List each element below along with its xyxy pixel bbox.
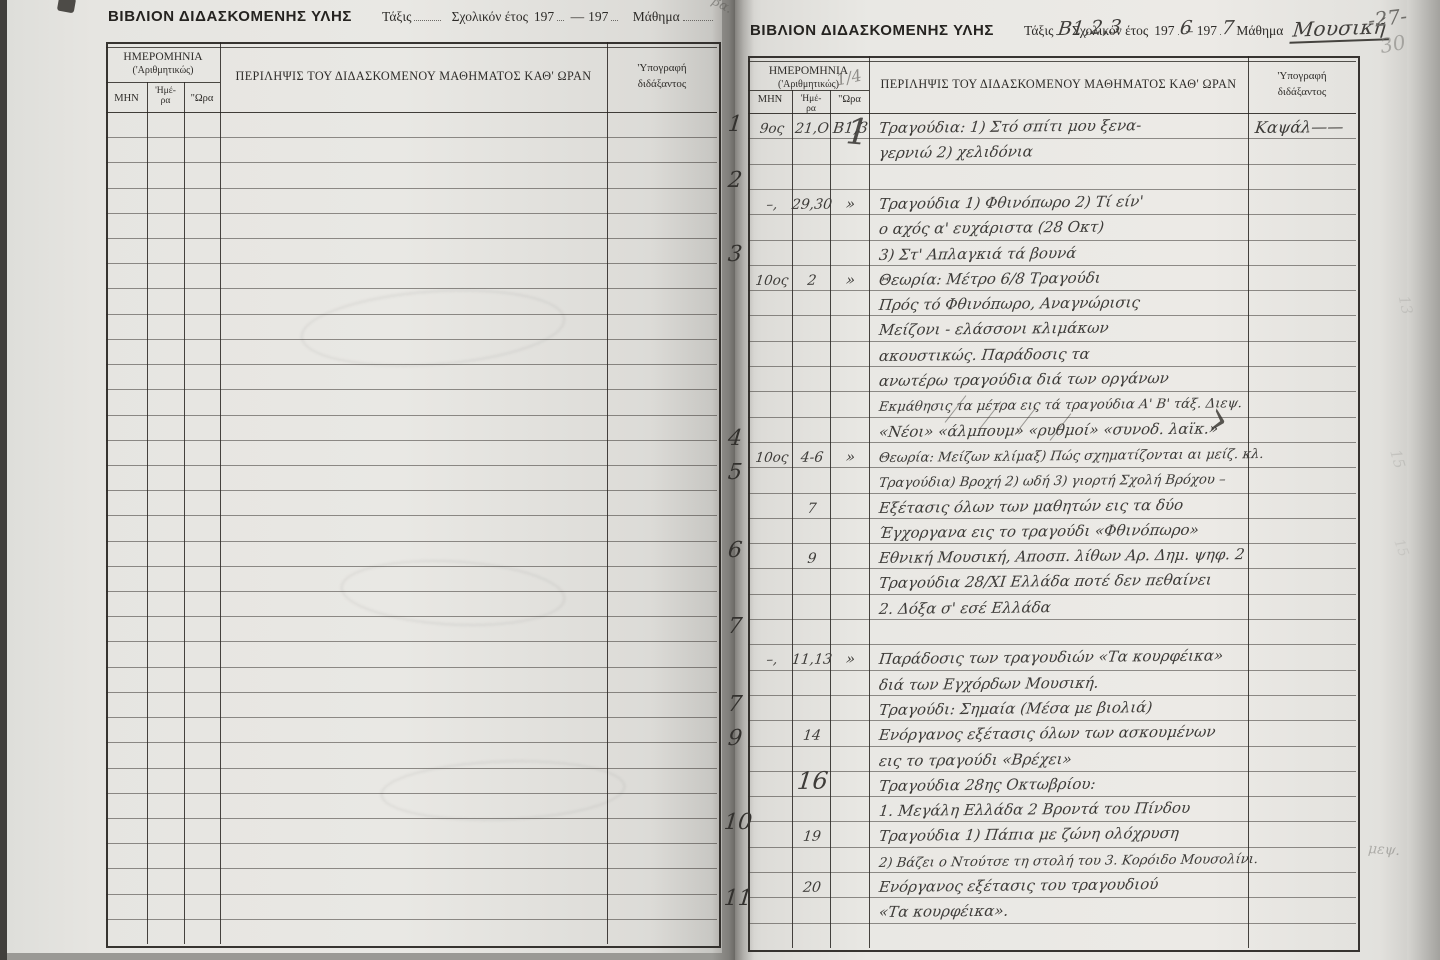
entry-line: Τραγούδι: Σημαία (Μέσα με βιολιά) (878, 693, 1154, 719)
page-number: -27- (1367, 4, 1409, 33)
row-rule (106, 112, 717, 113)
column-line (830, 90, 831, 948)
entry-day: 7 (793, 493, 832, 517)
entry-hour: » (831, 190, 871, 214)
entry-line: ακουστικώς. Παράδοσις τα (878, 340, 1091, 365)
entry-line: «Νέοι» «άλμπουμ» «ρυθμοί» «συνοδ. λαϊκ.» (878, 414, 1220, 441)
day-column-header: 'Ημέ- (792, 94, 830, 104)
column-line (607, 42, 608, 944)
row-rule (106, 793, 717, 794)
entry-number: 4 (723, 426, 748, 451)
entry-number: 6 (723, 538, 748, 563)
row-rule (748, 164, 1356, 165)
summary-column-header: ΠΕΡΙΛΗΨΙΣ ΤΟΥ ΔΙΔΑΣΚΟΜΕΝΟΥ ΜΑΘΗΜΑΤΟΣ ΚΑΘ… (220, 69, 607, 84)
row-rule (106, 566, 717, 567)
right-form-header: ΒΙΒΛΙΟΝ ΔΙΔΑΣΚΟΜΕΝΗΣ ΥΛΗΣ Τάξις Β1,2,3 Σ… (750, 16, 1390, 42)
row-rule (106, 47, 717, 48)
year1-handwritten: 6 (1178, 17, 1193, 39)
row-rule (106, 616, 717, 617)
entry-line: γερνιώ 2) χελιδόνια (878, 138, 1035, 163)
day-column-header: 'Ημέ- (147, 86, 184, 96)
row-rule (106, 364, 717, 365)
entry-day: 2 (793, 265, 832, 289)
row-rule (106, 641, 717, 642)
year-blank (557, 8, 563, 21)
row-rule (106, 591, 717, 592)
entry-line: Τραγούδια: 1) Στό σπίτι μου ξενα- (878, 111, 1143, 137)
entry-line: Εθνική Μουσική, Αποσπ. λίθων Αρ. Δημ. ψη… (878, 540, 1246, 567)
ledger-scan: ΒΙΒΛΙΟΝ ΔΙΔΑΣΚΟΜΕΝΗΣ ΥΛΗΣ Τάξις Σχολικόν… (0, 0, 1440, 960)
year-prefix: 197 (1197, 23, 1217, 39)
row-rule (106, 389, 717, 390)
subject-label: Μάθημα (633, 9, 680, 25)
row-rule (106, 768, 717, 769)
entry-line: ο αχός α' ευχάριστα (28 Οκτ) (878, 213, 1106, 239)
row-rule (106, 415, 717, 416)
year2-handwritten: 7 (1221, 17, 1236, 39)
entry-month: 10ος (750, 265, 795, 289)
entry-month: –, (750, 645, 795, 669)
row-rule (106, 440, 717, 441)
row-rule (106, 894, 717, 895)
entry-line: Τραγούδια 28/ΧΙ Ελλάδα ποτέ δεν πεθαίνει (878, 566, 1213, 593)
year-prefix: 197 (1154, 23, 1174, 39)
summary-column-header: ΠΕΡΙΛΗΨΙΣ ΤΟΥ ΔΙΔΑΣΚΟΜΕΝΟΥ ΜΑΘΗΜΑΤΟΣ ΚΑΘ… (869, 77, 1248, 92)
class-label: Τάξις (382, 9, 411, 25)
date-group-subheader: ('Αριθμητικώς) (748, 79, 869, 90)
entry-number: 1 (723, 112, 748, 137)
row-rule (748, 90, 869, 91)
entry-number: 11 (723, 886, 748, 911)
entry-line: Τραγούδια 28ης Οκτωβρίου: (878, 770, 1097, 796)
entry-line: Μείζονι - ελάσσονι κλιμάκων (878, 314, 1110, 340)
date-group-subheader: ('Αριθμητικώς) (106, 65, 220, 76)
entry-number: 2 (723, 168, 748, 193)
row-rule (106, 213, 717, 214)
class-label: Τάξις (1024, 23, 1053, 39)
row-rule (106, 137, 717, 138)
signature-column-header: διδάξαντος (1248, 86, 1356, 98)
scan-edge-right (1407, 0, 1440, 960)
column-line (792, 90, 793, 948)
entry-line: Πρός τό Φθινόπωρο, Αναγνώρισις (878, 288, 1142, 314)
row-rule (106, 238, 717, 239)
row-rule (106, 490, 717, 491)
row-rule (106, 288, 717, 289)
hour-column-header: "Ωρα (184, 93, 220, 104)
entry-month: 10ος (750, 442, 795, 466)
row-rule (106, 82, 220, 83)
class-value-handwritten: Β1,2,3 (1057, 16, 1123, 40)
year-prefix: 197 (588, 9, 608, 25)
entry-hour: Β1,3 (831, 114, 871, 138)
entry-line: ανωτέρω τραγούδια διά των οργάνων (878, 364, 1170, 390)
entry-line: Εκμάθησις τα μέτρα εις τά τραγούδια Α' Β… (878, 389, 1244, 416)
entry-hour: » (831, 443, 871, 467)
entry-line: εις το τραγούδι «Βρέχει» (878, 745, 1073, 770)
date-group-header: ΗΜΕΡΟΜΗΝΙΑ (106, 51, 220, 63)
day-column-header: ρα (792, 104, 830, 114)
page-number-alt: 30 (1378, 30, 1407, 58)
class-blank (414, 8, 440, 21)
row-rule (106, 339, 717, 340)
entry-day: 29,30 (793, 190, 832, 214)
month-column-header: ΜΗΝ (748, 94, 792, 105)
entry-line: Τραγούδια 1) Πάπια με ζώνη ολόχρυση (878, 819, 1181, 845)
entry-line: διά των Εγχόρδων Μουσική. (878, 668, 1100, 694)
entry-day: 4-6 (793, 443, 832, 467)
row-rule (748, 897, 1356, 898)
entry-line: Τραγούδια 1) Φθινόπωρο 2) Τί είν' (878, 187, 1145, 213)
column-line (184, 82, 185, 944)
row-rule (748, 923, 1356, 924)
year-blank (611, 8, 617, 21)
row-rule (106, 263, 717, 264)
entry-line: Θεωρία: Μείζων κλίμαξ) Πώς σχηματίζονται… (878, 439, 1265, 466)
entry-signature: Καψάλ—— (1254, 113, 1345, 137)
entry-number: 3 (723, 242, 748, 267)
row-rule (106, 162, 717, 163)
table-border (106, 42, 721, 948)
row-rule (106, 868, 717, 869)
row-rule (106, 188, 717, 189)
entry-line: Θεωρία: Μέτρο 6/8 Τραγούδι (878, 263, 1102, 289)
entry-line: Εξέτασις όλων των μαθητών εις τα δύο (878, 490, 1185, 516)
row-rule (748, 61, 1356, 62)
entry-line: Έγχοργανα εις το τραγούδι «Φθινόπωρο» (878, 516, 1200, 543)
entry-line: 2. Δόξα σ' εσέ Ελλάδα (878, 593, 1052, 618)
row-rule (106, 692, 717, 693)
row-rule (748, 138, 1356, 139)
year-dash: — (571, 9, 585, 25)
entry-day: 19 (793, 822, 832, 846)
month-column-header: ΜΗΝ (106, 93, 147, 104)
year-blank: 6 (1178, 22, 1179, 35)
row-rule (106, 919, 717, 920)
form-title: ΒΙΒΛΙΟΝ ΔΙΔΑΣΚΟΜΕΝΗΣ ΥΛΗΣ (108, 8, 352, 25)
entry-number: 5 (723, 460, 748, 485)
row-rule (748, 619, 1356, 620)
row-rule (106, 541, 717, 542)
left-form-header: ΒΙΒΛΙΟΝ ΔΙΔΑΣΚΟΜΕΝΗΣ ΥΛΗΣ Τάξις Σχολικόν… (108, 8, 716, 25)
entry-line: 1. Μεγάλη Ελλάδα 2 Βροντά του Πίνδου (878, 794, 1192, 821)
year-label: Σχολικόν έτος (452, 9, 528, 25)
entry-hour: » (831, 265, 871, 289)
row-rule (106, 717, 717, 718)
pencil-mark: 13 (1395, 294, 1417, 316)
entry-day: 16 (793, 771, 832, 795)
entry-number: 7 (723, 692, 748, 717)
entry-number: 9 (723, 726, 748, 751)
entry-month: –, (750, 189, 795, 213)
entry-line: Τραγούδια) Βροχή 2) ωδή 3) γιορτή Σχολή … (878, 465, 1227, 492)
entry-month: 9ος (750, 114, 795, 138)
row-rule (106, 314, 717, 315)
entry-line: 2) Βάζει ο Ντούτσε τη στολή του 3. Κορόι… (878, 844, 1260, 871)
entry-day: 14 (793, 721, 832, 745)
row-rule (106, 843, 717, 844)
row-rule (106, 465, 717, 466)
scan-edge-left (0, 0, 7, 960)
column-line (220, 42, 221, 944)
row-rule (106, 515, 717, 516)
year-blank: 7 (1220, 22, 1221, 35)
class-blank: Β1,2,3 (1056, 22, 1063, 35)
row-rule (106, 818, 717, 819)
year-prefix: 197 (534, 9, 554, 25)
entry-hour: » (831, 645, 871, 669)
entry-line: 3) Στ' Απλαγκιά τά βουνά (878, 238, 1078, 263)
pencil-mark: μεψ. (1367, 841, 1400, 859)
entry-line: Ενόργανος εξέτασις όλων των ασκουμένων (878, 718, 1217, 745)
entry-day: 21,Ο (793, 114, 832, 138)
entry-day: 20 (793, 873, 832, 897)
subject-blank (683, 8, 713, 21)
entry-day: 11,13 (793, 645, 832, 669)
entry-number: 7 (723, 614, 748, 639)
entry-day: 9 (793, 544, 832, 568)
entry-number: 10 (723, 810, 748, 835)
day-column-header: ρα (147, 96, 184, 106)
entry-line: «Τα κουρφέικα». (878, 897, 1010, 922)
entry-line: Παράδοσις των τραγουδιών «Τα κουρφέικα» (878, 642, 1225, 669)
signature-column-header: 'Υπογραφή (1248, 70, 1356, 82)
entry-line: Ενόργανος εξέτασις του τραγουδιού (878, 870, 1160, 896)
column-line (147, 82, 148, 944)
subject-label: Μάθημα (1236, 23, 1283, 39)
date-group-header: ΗΜΕΡΟΜΗΝΙΑ (748, 65, 869, 77)
form-title: ΒΙΒΛΙΟΝ ΔΙΔΑΣΚΟΜΕΝΗΣ ΥΛΗΣ (750, 22, 994, 39)
row-rule (106, 742, 717, 743)
signature-column-header: διδάξαντος (607, 78, 717, 90)
row-rule (106, 667, 717, 668)
signature-column-header: 'Υπογραφή (607, 62, 717, 74)
hour-column-header: "Ωρα (830, 94, 869, 105)
